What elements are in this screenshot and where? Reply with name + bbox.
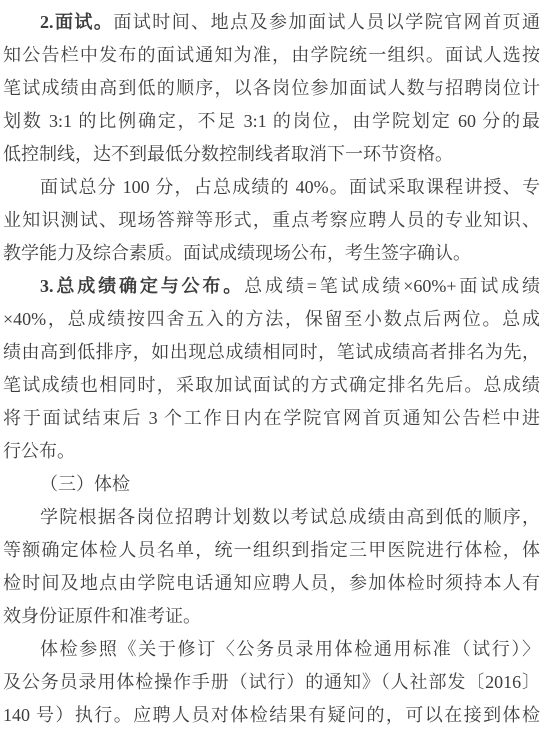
text-run: 行公布。 (3, 441, 75, 461)
text-run: 等额确定体检人员名单，统一组织到指定三甲医院进行体检，体 (3, 540, 540, 560)
text-run: 知公告栏中发布的面试通知为准，由学院统一组织。面试人选按 (3, 45, 540, 65)
doc-line-10: ×40%，总成绩按四舍五入的方法，保留至小数点后两位。总成 (3, 303, 540, 336)
text-run: 将于面试结束后 3 个工作日内在学院官网首页通知公告栏中进 (3, 408, 540, 428)
text-run: 效身份证原件和准考证。 (3, 606, 201, 626)
text-run: ×40%，总成绩按四舍五入的方法，保留至小数点后两位。总成 (3, 309, 540, 329)
text-run: 面试时间、地点及参加面试人员以学院官网首页通 (113, 12, 540, 32)
doc-line-21: 及公务员录用体检操作手册（试行）的通知》（人社部发〔2016〕 (3, 666, 540, 699)
document-page: 2.面试。面试时间、地点及参加面试人员以学院官网首页通 知公告栏中发布的面试通知… (0, 0, 544, 735)
doc-line-12: 笔试成绩也相同时，采取加试面试的方式确定排名先后。总成绩 (3, 369, 540, 402)
doc-line-9: 3.总成绩确定与公布。总成绩=笔试成绩×60%+面试成绩 (3, 270, 540, 303)
text-run: 笔试成绩由高到低的顺序，以各岗位参加面试人数与招聘岗位计 (3, 78, 540, 98)
doc-line-19: 效身份证原件和准考证。 (3, 600, 540, 633)
inline-heading: 3.总成绩确定与公布。 (40, 276, 244, 296)
doc-line-4: 划数 3:1 的比例确定，不足 3:1 的岗位，由学院划定 60 分的最 (3, 105, 540, 138)
doc-line-1: 2.面试。面试时间、地点及参加面试人员以学院官网首页通 (3, 6, 540, 39)
text-run: 140 号）执行。应聘人员对体检结果有疑问的，可以在接到体检 (3, 705, 540, 725)
doc-line-15-section-heading: （三）体检 (3, 468, 540, 501)
doc-line-20: 体检参照《关于修订〈公务员录用体检通用标准（试行）〉 (3, 633, 540, 666)
text-run: 绩由高到低排序，如出现总成绩相同时，笔试成绩高者排名为先， (3, 342, 540, 362)
text-run: （三）体检 (40, 474, 130, 494)
doc-line-14: 行公布。 (3, 435, 540, 468)
text-run: 及公务员录用体检操作手册（试行）的通知》（人社部发〔2016〕 (3, 672, 540, 692)
text-run: 划数 3:1 的比例确定，不足 3:1 的岗位，由学院划定 60 分的最 (3, 111, 540, 131)
doc-line-18: 检时间及地点由学院电话通知应聘人员，参加体检时须持本人有 (3, 567, 540, 600)
doc-line-11: 绩由高到低排序，如出现总成绩相同时，笔试成绩高者排名为先， (3, 336, 540, 369)
doc-line-22: 140 号）执行。应聘人员对体检结果有疑问的，可以在接到体检 (3, 699, 540, 732)
doc-line-17: 等额确定体检人员名单，统一组织到指定三甲医院进行体检，体 (3, 534, 540, 567)
inline-heading: 2.面试。 (40, 12, 113, 32)
doc-line-3: 笔试成绩由高到低的顺序，以各岗位参加面试人数与招聘岗位计 (3, 72, 540, 105)
text-run: 检时间及地点由学院电话通知应聘人员，参加体检时须持本人有 (3, 573, 540, 593)
doc-line-2: 知公告栏中发布的面试通知为准，由学院统一组织。面试人选按 (3, 39, 540, 72)
doc-line-5: 低控制线，达不到最低分数控制线者取消下一环节资格。 (3, 138, 540, 171)
text-run: 教学能力及综合素质。面试成绩现场公布，考生签字确认。 (3, 243, 471, 263)
text-run: 学院根据各岗位招聘计划数以考试总成绩由高到低的顺序， (40, 507, 540, 527)
doc-line-16: 学院根据各岗位招聘计划数以考试总成绩由高到低的顺序， (3, 501, 540, 534)
text-run: 笔试成绩也相同时，采取加试面试的方式确定排名先后。总成绩 (3, 375, 540, 395)
doc-line-13: 将于面试结束后 3 个工作日内在学院官网首页通知公告栏中进 (3, 402, 540, 435)
text-run: 体检参照《关于修订〈公务员录用体检通用标准（试行）〉 (40, 639, 540, 659)
text-run: 低控制线，达不到最低分数控制线者取消下一环节资格。 (3, 144, 453, 164)
text-run: 总成绩=笔试成绩×60%+面试成绩 (244, 276, 540, 296)
doc-line-6: 面试总分 100 分，占总成绩的 40%。面试采取课程讲授、专 (3, 171, 540, 204)
doc-line-8: 教学能力及综合素质。面试成绩现场公布，考生签字确认。 (3, 237, 540, 270)
text-run: 面试总分 100 分，占总成绩的 40%。面试采取课程讲授、专 (40, 177, 540, 197)
doc-line-7: 业知识测试、现场答辩等形式，重点考察应聘人员的专业知识、 (3, 204, 540, 237)
text-run: 业知识测试、现场答辩等形式，重点考察应聘人员的专业知识、 (3, 210, 540, 230)
